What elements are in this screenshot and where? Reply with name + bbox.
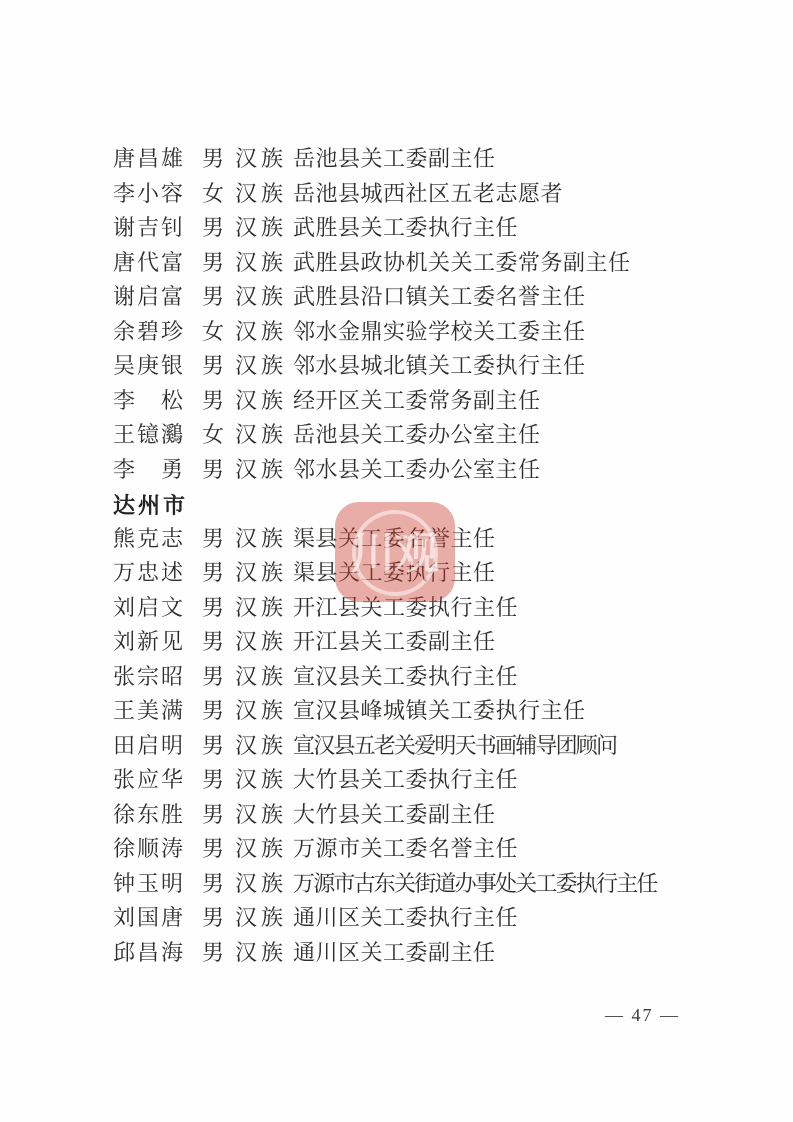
name-cell: 熊克志 (113, 527, 183, 551)
position-cell: 万源市古东关街道办事处关工委执行主任 (293, 872, 657, 896)
name-cell: 王美满 (113, 699, 183, 723)
table-row: 王美满男汉族宣汉县峰城镇关工委执行主任 (113, 694, 733, 729)
name-cell: 刘新见 (113, 630, 183, 654)
gender-cell: 男 (202, 389, 225, 413)
table-row: 唐代富男汉族武胜县政协机关关工委常务副主任 (113, 246, 733, 281)
name-cell: 刘国唐 (113, 906, 183, 930)
ethnicity-cell: 汉族 (235, 147, 287, 171)
name-cell: 万忠述 (113, 561, 183, 585)
ethnicity-cell: 汉族 (235, 285, 287, 309)
ethnicity-cell: 汉族 (235, 182, 287, 206)
gender-cell: 男 (202, 872, 225, 896)
gender-cell: 女 (202, 182, 225, 206)
ethnicity-cell: 汉族 (235, 941, 287, 965)
position-cell: 万源市关工委名誉主任 (293, 837, 518, 861)
position-cell: 渠县关工委执行主任 (293, 561, 496, 585)
position-cell: 宣汉县峰城镇关工委执行主任 (293, 699, 586, 723)
table-row: 谢启富男汉族武胜县沿口镇关工委名誉主任 (113, 280, 733, 315)
gender-cell: 男 (202, 803, 225, 827)
gender-cell: 男 (202, 216, 225, 240)
ethnicity-cell: 汉族 (235, 354, 287, 378)
name-cell: 张应华 (113, 768, 183, 792)
ethnicity-cell: 汉族 (235, 251, 287, 275)
name-cell: 吴庚银 (113, 354, 183, 378)
ethnicity-cell: 汉族 (235, 630, 287, 654)
page-number: — 47 — (585, 1005, 700, 1026)
table-row: 唐昌雄男汉族岳池县关工委副主任 (113, 142, 733, 177)
ethnicity-cell: 汉族 (235, 803, 287, 827)
gender-cell: 男 (202, 837, 225, 861)
name-cell: 余碧珍 (113, 320, 183, 344)
name-cell: 李小容 (113, 182, 183, 206)
ethnicity-cell: 汉族 (235, 423, 287, 447)
table-row: 谢吉钊男汉族武胜县关工委执行主任 (113, 211, 733, 246)
position-cell: 邻水县城北镇关工委执行主任 (293, 354, 586, 378)
gender-cell: 男 (202, 458, 225, 482)
name-cell: 谢吉钊 (113, 216, 183, 240)
name-cell: 徐顺涛 (113, 837, 183, 861)
gender-cell: 男 (202, 561, 225, 585)
gender-cell: 女 (202, 423, 225, 447)
gender-cell: 男 (202, 354, 225, 378)
ethnicity-cell: 汉族 (235, 389, 287, 413)
table-row: 张宗昭男汉族宣汉县关工委执行主任 (113, 660, 733, 695)
roster-list: 唐昌雄男汉族岳池县关工委副主任李小容女汉族岳池县城西社区五老志愿者谢吉钊男汉族武… (113, 142, 733, 970)
gender-cell: 男 (202, 734, 225, 758)
gender-cell: 男 (202, 527, 225, 551)
position-cell: 岳池县城西社区五老志愿者 (293, 182, 563, 206)
name-cell: 谢启富 (113, 285, 183, 309)
ethnicity-cell: 汉族 (235, 699, 287, 723)
name-cell: 钟玉明 (113, 872, 183, 896)
position-cell: 宣汉县五老关爱明天书画辅导团顾问 (293, 734, 616, 758)
position-cell: 通川区关工委副主任 (293, 941, 496, 965)
position-cell: 武胜县关工委执行主任 (293, 216, 518, 240)
position-cell: 开江县关工委执行主任 (293, 596, 518, 620)
name-cell: 刘启文 (113, 596, 183, 620)
ethnicity-cell: 汉族 (235, 768, 287, 792)
table-row: 田启明男汉族宣汉县五老关爱明天书画辅导团顾问 (113, 729, 733, 764)
ethnicity-cell: 汉族 (235, 527, 287, 551)
table-row: 李 松男汉族经开区关工委常务副主任 (113, 384, 733, 419)
position-cell: 经开区关工委常务副主任 (293, 389, 541, 413)
table-row: 万忠述男汉族渠县关工委执行主任 (113, 556, 733, 591)
position-cell: 通川区关工委执行主任 (293, 906, 518, 930)
table-row: 王镱鸂女汉族岳池县关工委办公室主任 (113, 418, 733, 453)
table-row: 徐东胜男汉族大竹县关工委副主任 (113, 798, 733, 833)
position-cell: 开江县关工委副主任 (293, 630, 496, 654)
table-row: 李 勇男汉族邻水县关工委办公室主任 (113, 453, 733, 488)
gender-cell: 男 (202, 596, 225, 620)
ethnicity-cell: 汉族 (235, 872, 287, 896)
position-cell: 邻水县关工委办公室主任 (293, 458, 541, 482)
position-cell: 武胜县政协机关关工委常务副主任 (293, 251, 631, 275)
ethnicity-cell: 汉族 (235, 320, 287, 344)
name-cell: 邱昌海 (113, 941, 183, 965)
position-cell: 邻水金鼎实验学校关工委主任 (293, 320, 586, 344)
table-row: 刘启文男汉族开江县关工委执行主任 (113, 591, 733, 626)
gender-cell: 男 (202, 941, 225, 965)
ethnicity-cell: 汉族 (235, 596, 287, 620)
gender-cell: 男 (202, 699, 225, 723)
gender-cell: 男 (202, 147, 225, 171)
position-cell: 渠县关工委名誉主任 (293, 527, 496, 551)
gender-cell: 男 (202, 768, 225, 792)
name-cell: 唐代富 (113, 251, 183, 275)
position-cell: 大竹县关工委执行主任 (293, 768, 518, 792)
name-cell: 李 松 (113, 389, 183, 413)
gender-cell: 男 (202, 285, 225, 309)
ethnicity-cell: 汉族 (235, 837, 287, 861)
name-cell: 田启明 (113, 734, 183, 758)
gender-cell: 男 (202, 630, 225, 654)
table-row: 张应华男汉族大竹县关工委执行主任 (113, 763, 733, 798)
position-cell: 岳池县关工委办公室主任 (293, 423, 541, 447)
name-cell: 李 勇 (113, 458, 183, 482)
ethnicity-cell: 汉族 (235, 906, 287, 930)
gender-cell: 男 (202, 665, 225, 689)
name-cell: 徐东胜 (113, 803, 183, 827)
position-cell: 岳池县关工委副主任 (293, 147, 496, 171)
table-row: 刘新见男汉族开江县关工委副主任 (113, 625, 733, 660)
name-cell: 唐昌雄 (113, 147, 183, 171)
document-page: 唐昌雄男汉族岳池县关工委副主任李小容女汉族岳池县城西社区五老志愿者谢吉钊男汉族武… (0, 0, 793, 1122)
table-row: 徐顺涛男汉族万源市关工委名誉主任 (113, 832, 733, 867)
name-cell: 张宗昭 (113, 665, 183, 689)
ethnicity-cell: 汉族 (235, 458, 287, 482)
table-row: 熊克志男汉族渠县关工委名誉主任 (113, 522, 733, 557)
section-header: 达州市 (113, 487, 733, 522)
table-row: 余碧珍女汉族邻水金鼎实验学校关工委主任 (113, 315, 733, 350)
table-row: 钟玉明男汉族万源市古东关街道办事处关工委执行主任 (113, 867, 733, 902)
section-header-label: 达州市 (113, 489, 188, 520)
table-row: 邱昌海男汉族通川区关工委副主任 (113, 936, 733, 971)
ethnicity-cell: 汉族 (235, 734, 287, 758)
gender-cell: 男 (202, 251, 225, 275)
position-cell: 大竹县关工委副主任 (293, 803, 496, 827)
table-row: 吴庚银男汉族邻水县城北镇关工委执行主任 (113, 349, 733, 384)
ethnicity-cell: 汉族 (235, 561, 287, 585)
ethnicity-cell: 汉族 (235, 216, 287, 240)
ethnicity-cell: 汉族 (235, 665, 287, 689)
position-cell: 武胜县沿口镇关工委名誉主任 (293, 285, 586, 309)
position-cell: 宣汉县关工委执行主任 (293, 665, 518, 689)
gender-cell: 女 (202, 320, 225, 344)
gender-cell: 男 (202, 906, 225, 930)
table-row: 刘国唐男汉族通川区关工委执行主任 (113, 901, 733, 936)
table-row: 李小容女汉族岳池县城西社区五老志愿者 (113, 177, 733, 212)
name-cell: 王镱鸂 (113, 423, 183, 447)
